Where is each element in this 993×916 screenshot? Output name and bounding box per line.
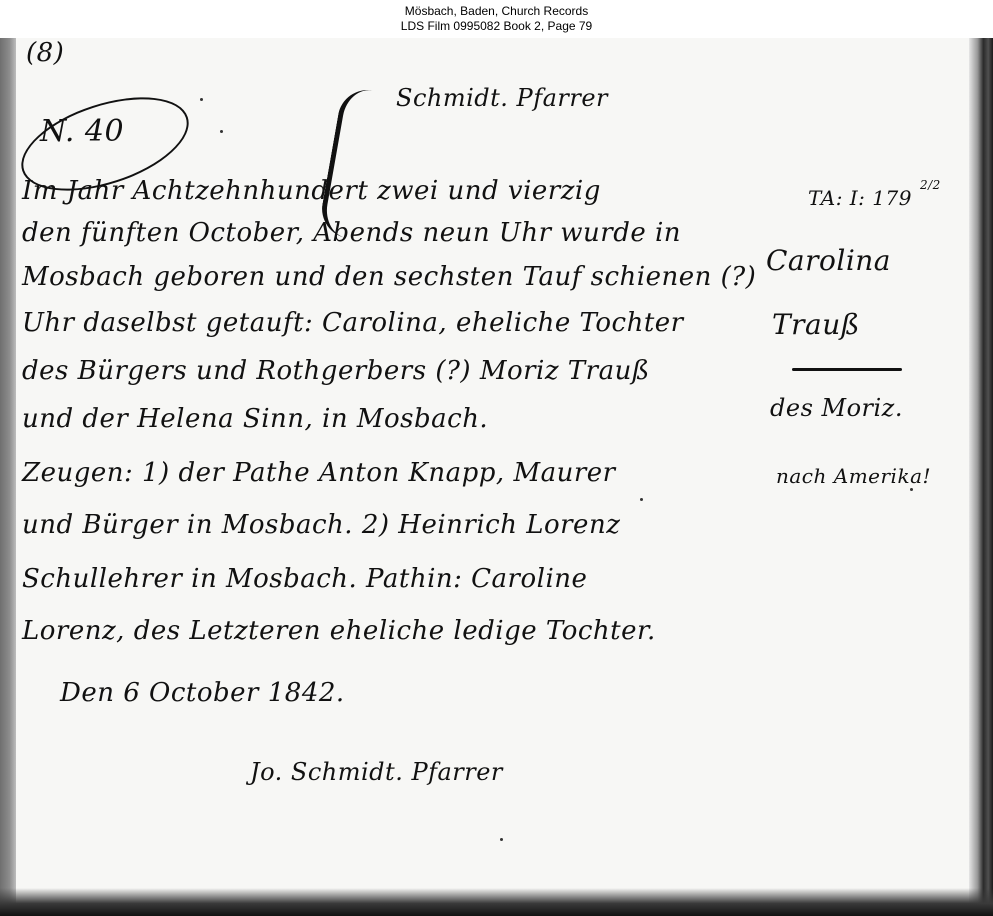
body-line: Zeugen: 1) der Pathe Anton Knapp, Maurer (22, 458, 616, 488)
right-page-edge (969, 38, 993, 916)
body-line: den fünften October, Abends neun Uhr wur… (22, 218, 681, 248)
footer-signature: Jo. Schmidt. Pfarrer (250, 758, 503, 786)
body-line: Lorenz, des Letzteren eheliche ledige To… (22, 616, 656, 646)
body-line: und der Helena Sinn, in Mosbach. (22, 404, 488, 434)
margin-given-name: Carolina (766, 244, 891, 277)
body-line: Mosbach geboren und den sechsten Tauf sc… (22, 262, 756, 292)
header-signature: Schmidt. Pfarrer (396, 84, 608, 112)
body-line: Schullehrer in Mosbach. Pathin: Caroline (22, 564, 587, 594)
bottom-page-edge (0, 888, 993, 916)
record-date: Den 6 October 1842. (60, 678, 345, 708)
document-caption: Mösbach, Baden, Church Records LDS Film … (0, 4, 993, 34)
ink-speck (220, 130, 223, 133)
margin-surname: Trauß (772, 308, 860, 341)
caption-film-reference: LDS Film 0995082 Book 2, Page 79 (0, 19, 993, 34)
corner-mark: (8) (26, 38, 64, 68)
caption-title: Mösbach, Baden, Church Records (0, 4, 993, 19)
margin-reference-superscript: 2/2 (920, 178, 941, 192)
ink-speck (640, 498, 643, 501)
left-binding-gutter (0, 38, 16, 916)
ink-speck (500, 838, 503, 841)
margin-emigration-note: nach Amerika! (776, 464, 931, 488)
body-line: und Bürger in Mosbach. 2) Heinrich Loren… (22, 510, 620, 540)
ink-speck (200, 98, 203, 101)
body-line: Im Jahr Achtzehnhundert zwei und vierzig (22, 176, 601, 206)
margin-reference: TA: I: 179 (808, 186, 912, 210)
margin-father-note: des Moriz. (770, 394, 903, 422)
entry-number: N. 40 (40, 114, 124, 149)
scanned-page: (8) N. 40 Schmidt. Pfarrer Im Jahr Achtz… (0, 38, 993, 916)
ink-speck (910, 488, 913, 491)
surname-underline (792, 368, 902, 371)
body-line: des Bürgers und Rothgerbers (?) Moriz Tr… (22, 356, 650, 386)
body-line: Uhr daselbst getauft: Carolina, eheliche… (22, 308, 684, 338)
